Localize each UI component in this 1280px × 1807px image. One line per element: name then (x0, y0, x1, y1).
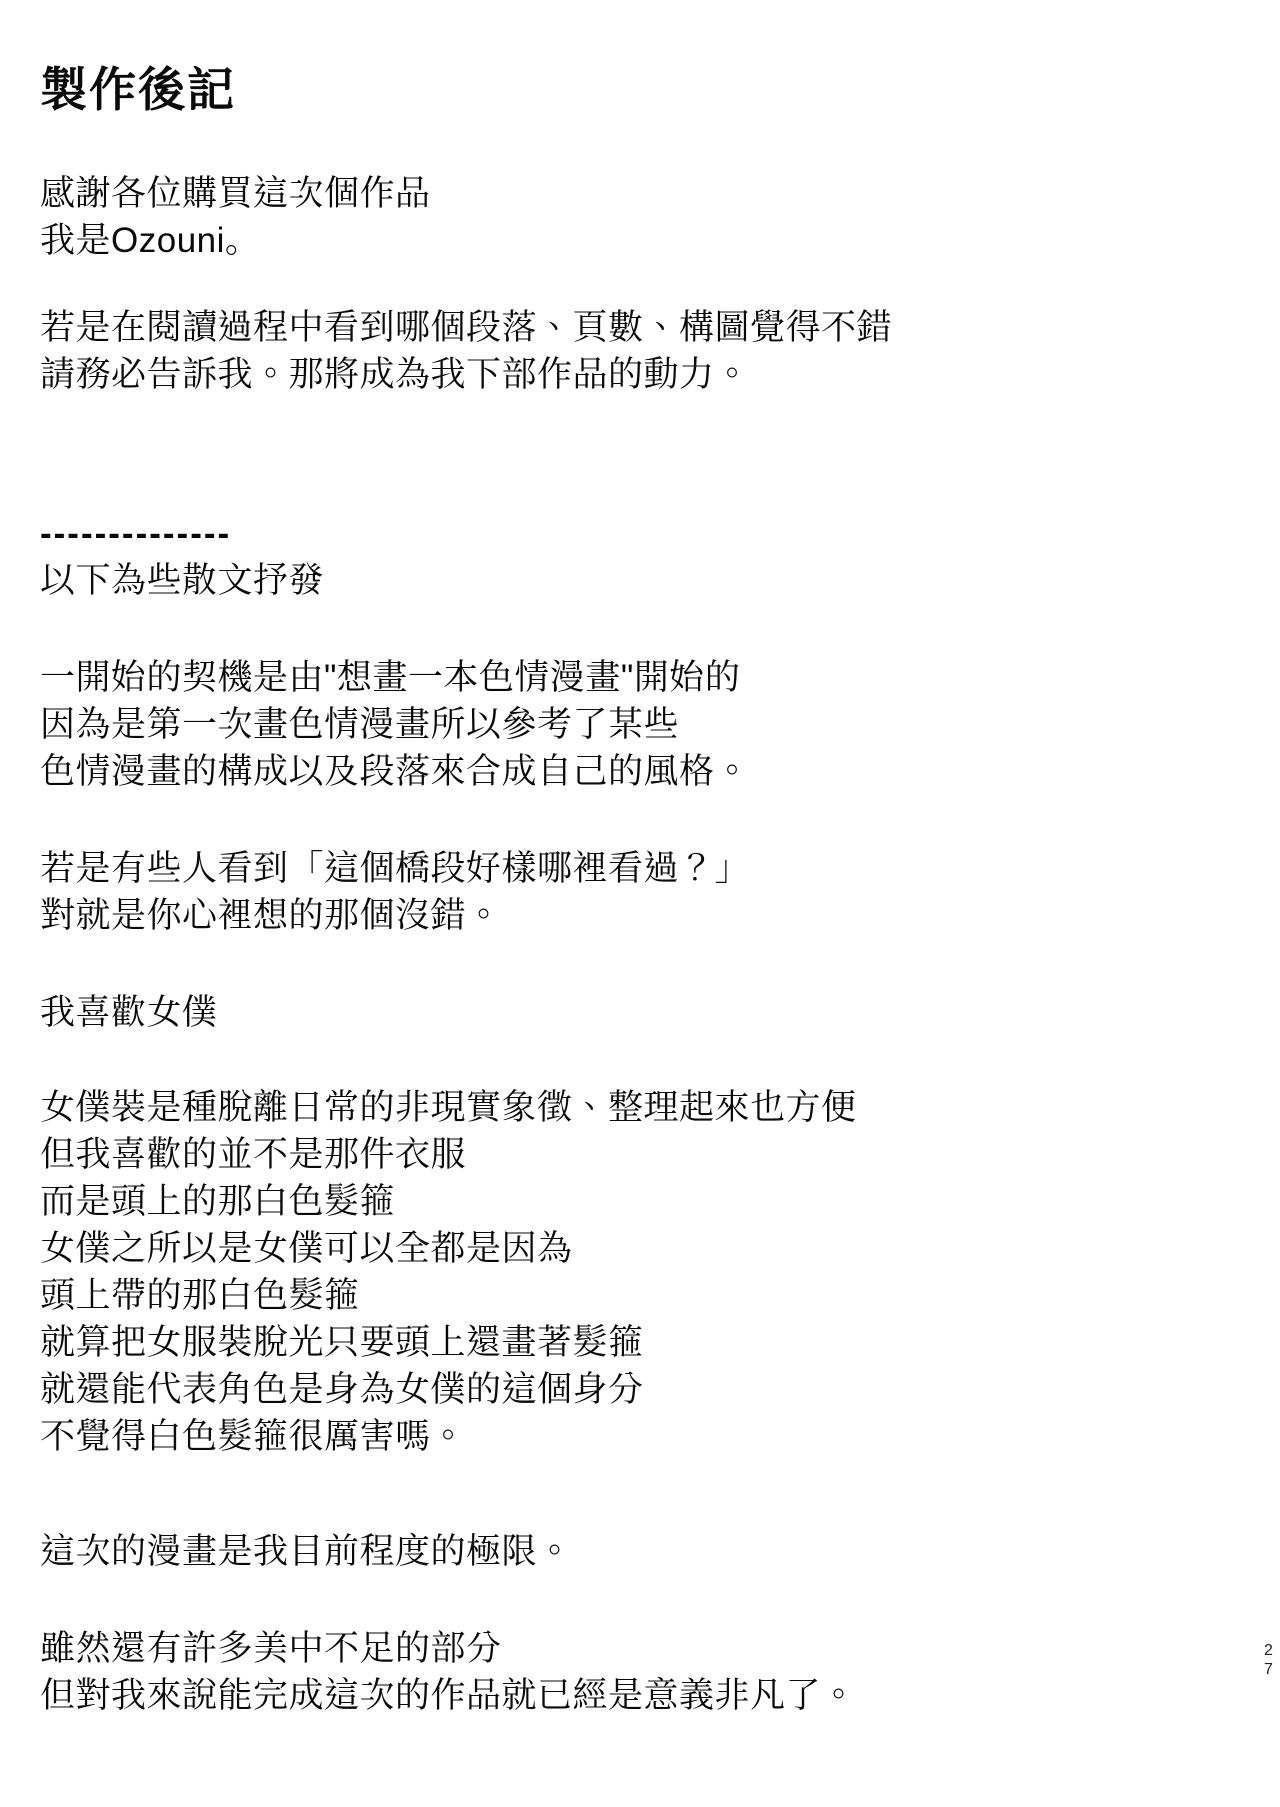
paragraph-reference: 若是有些人看到「這個橋段好樣哪裡看過？」 對就是你心裡想的那個沒錯。 (40, 845, 1250, 939)
text-line: 女僕之所以是女僕可以全都是因為 (40, 1225, 1250, 1272)
text-line: 一開始的契機是由"想畫一本色情漫畫"開始的 (40, 654, 1250, 701)
text-line: 感謝各位購買這次個作品 (40, 170, 1250, 217)
text-line: 雖然還有許多美中不足的部分 (40, 1625, 1250, 1672)
text-line: 以下為些散文抒發 (40, 557, 1250, 604)
text-line: 我喜歡女僕 (40, 989, 1250, 1036)
text-line: 我是Ozouni。 (40, 217, 1250, 264)
text-line: 若是在閱讀過程中看到哪個段落、頁數、構圖覺得不錯 (40, 304, 1250, 351)
text-line: 若是有些人看到「這個橋段好樣哪裡看過？」 (40, 845, 1250, 892)
text-line: 就還能代表角色是身為女僕的這個身分 (40, 1366, 1250, 1413)
paragraph-maid-like: 我喜歡女僕 (40, 989, 1250, 1036)
text-line: 這次的漫畫是我目前程度的極限。 (40, 1528, 1250, 1575)
page-title: 製作後記 (40, 62, 1250, 118)
text-line: 女僕裝是種脫離日常的非現實象徵、整理起來也方便 (40, 1084, 1250, 1131)
text-line: 請務必告訴我。那將成為我下部作品的動力。 (40, 351, 1250, 398)
paragraph-closing: 雖然還有許多美中不足的部分 但對我來說能完成這次的作品就已經是意義非凡了。 (40, 1625, 1250, 1719)
text-line: 就算把女服裝脫光只要頭上還畫著髮箍 (40, 1319, 1250, 1366)
afterword-page: 製作後記 感謝各位購買這次個作品 我是Ozouni。 若是在閱讀過程中看到哪個段… (0, 0, 1280, 1807)
divider-dashes: -------------- (40, 510, 1250, 557)
page-number: 27 (1262, 1641, 1275, 1679)
text-line: 但我喜歡的並不是那件衣服 (40, 1131, 1250, 1178)
paragraph-feedback: 若是在閱讀過程中看到哪個段落、頁數、構圖覺得不錯 請務必告訴我。那將成為我下部作… (40, 304, 1250, 398)
paragraph-thanks: 感謝各位購買這次個作品 我是Ozouni。 (40, 170, 1250, 264)
text-line: 而是頭上的那白色髮箍 (40, 1178, 1250, 1225)
text-line: 但對我來說能完成這次的作品就已經是意義非凡了。 (40, 1672, 1250, 1719)
paragraph-motivation: 一開始的契機是由"想畫一本色情漫畫"開始的 因為是第一次畫色情漫畫所以參考了某些… (40, 654, 1250, 795)
text-line: 對就是你心裡想的那個沒錯。 (40, 892, 1250, 939)
text-line: 色情漫畫的構成以及段落來合成自己的風格。 (40, 748, 1250, 795)
text-line: 因為是第一次畫色情漫畫所以參考了某些 (40, 701, 1250, 748)
paragraph-essay-intro: -------------- 以下為些散文抒發 (40, 510, 1250, 604)
text-line: 頭上帶的那白色髮箍 (40, 1272, 1250, 1319)
paragraph-maid-headband: 女僕裝是種脫離日常的非現實象徵、整理起來也方便 但我喜歡的並不是那件衣服 而是頭… (40, 1084, 1250, 1460)
paragraph-limit: 這次的漫畫是我目前程度的極限。 (40, 1528, 1250, 1575)
text-line: 不覺得白色髮箍很厲害嗎。 (40, 1413, 1250, 1460)
